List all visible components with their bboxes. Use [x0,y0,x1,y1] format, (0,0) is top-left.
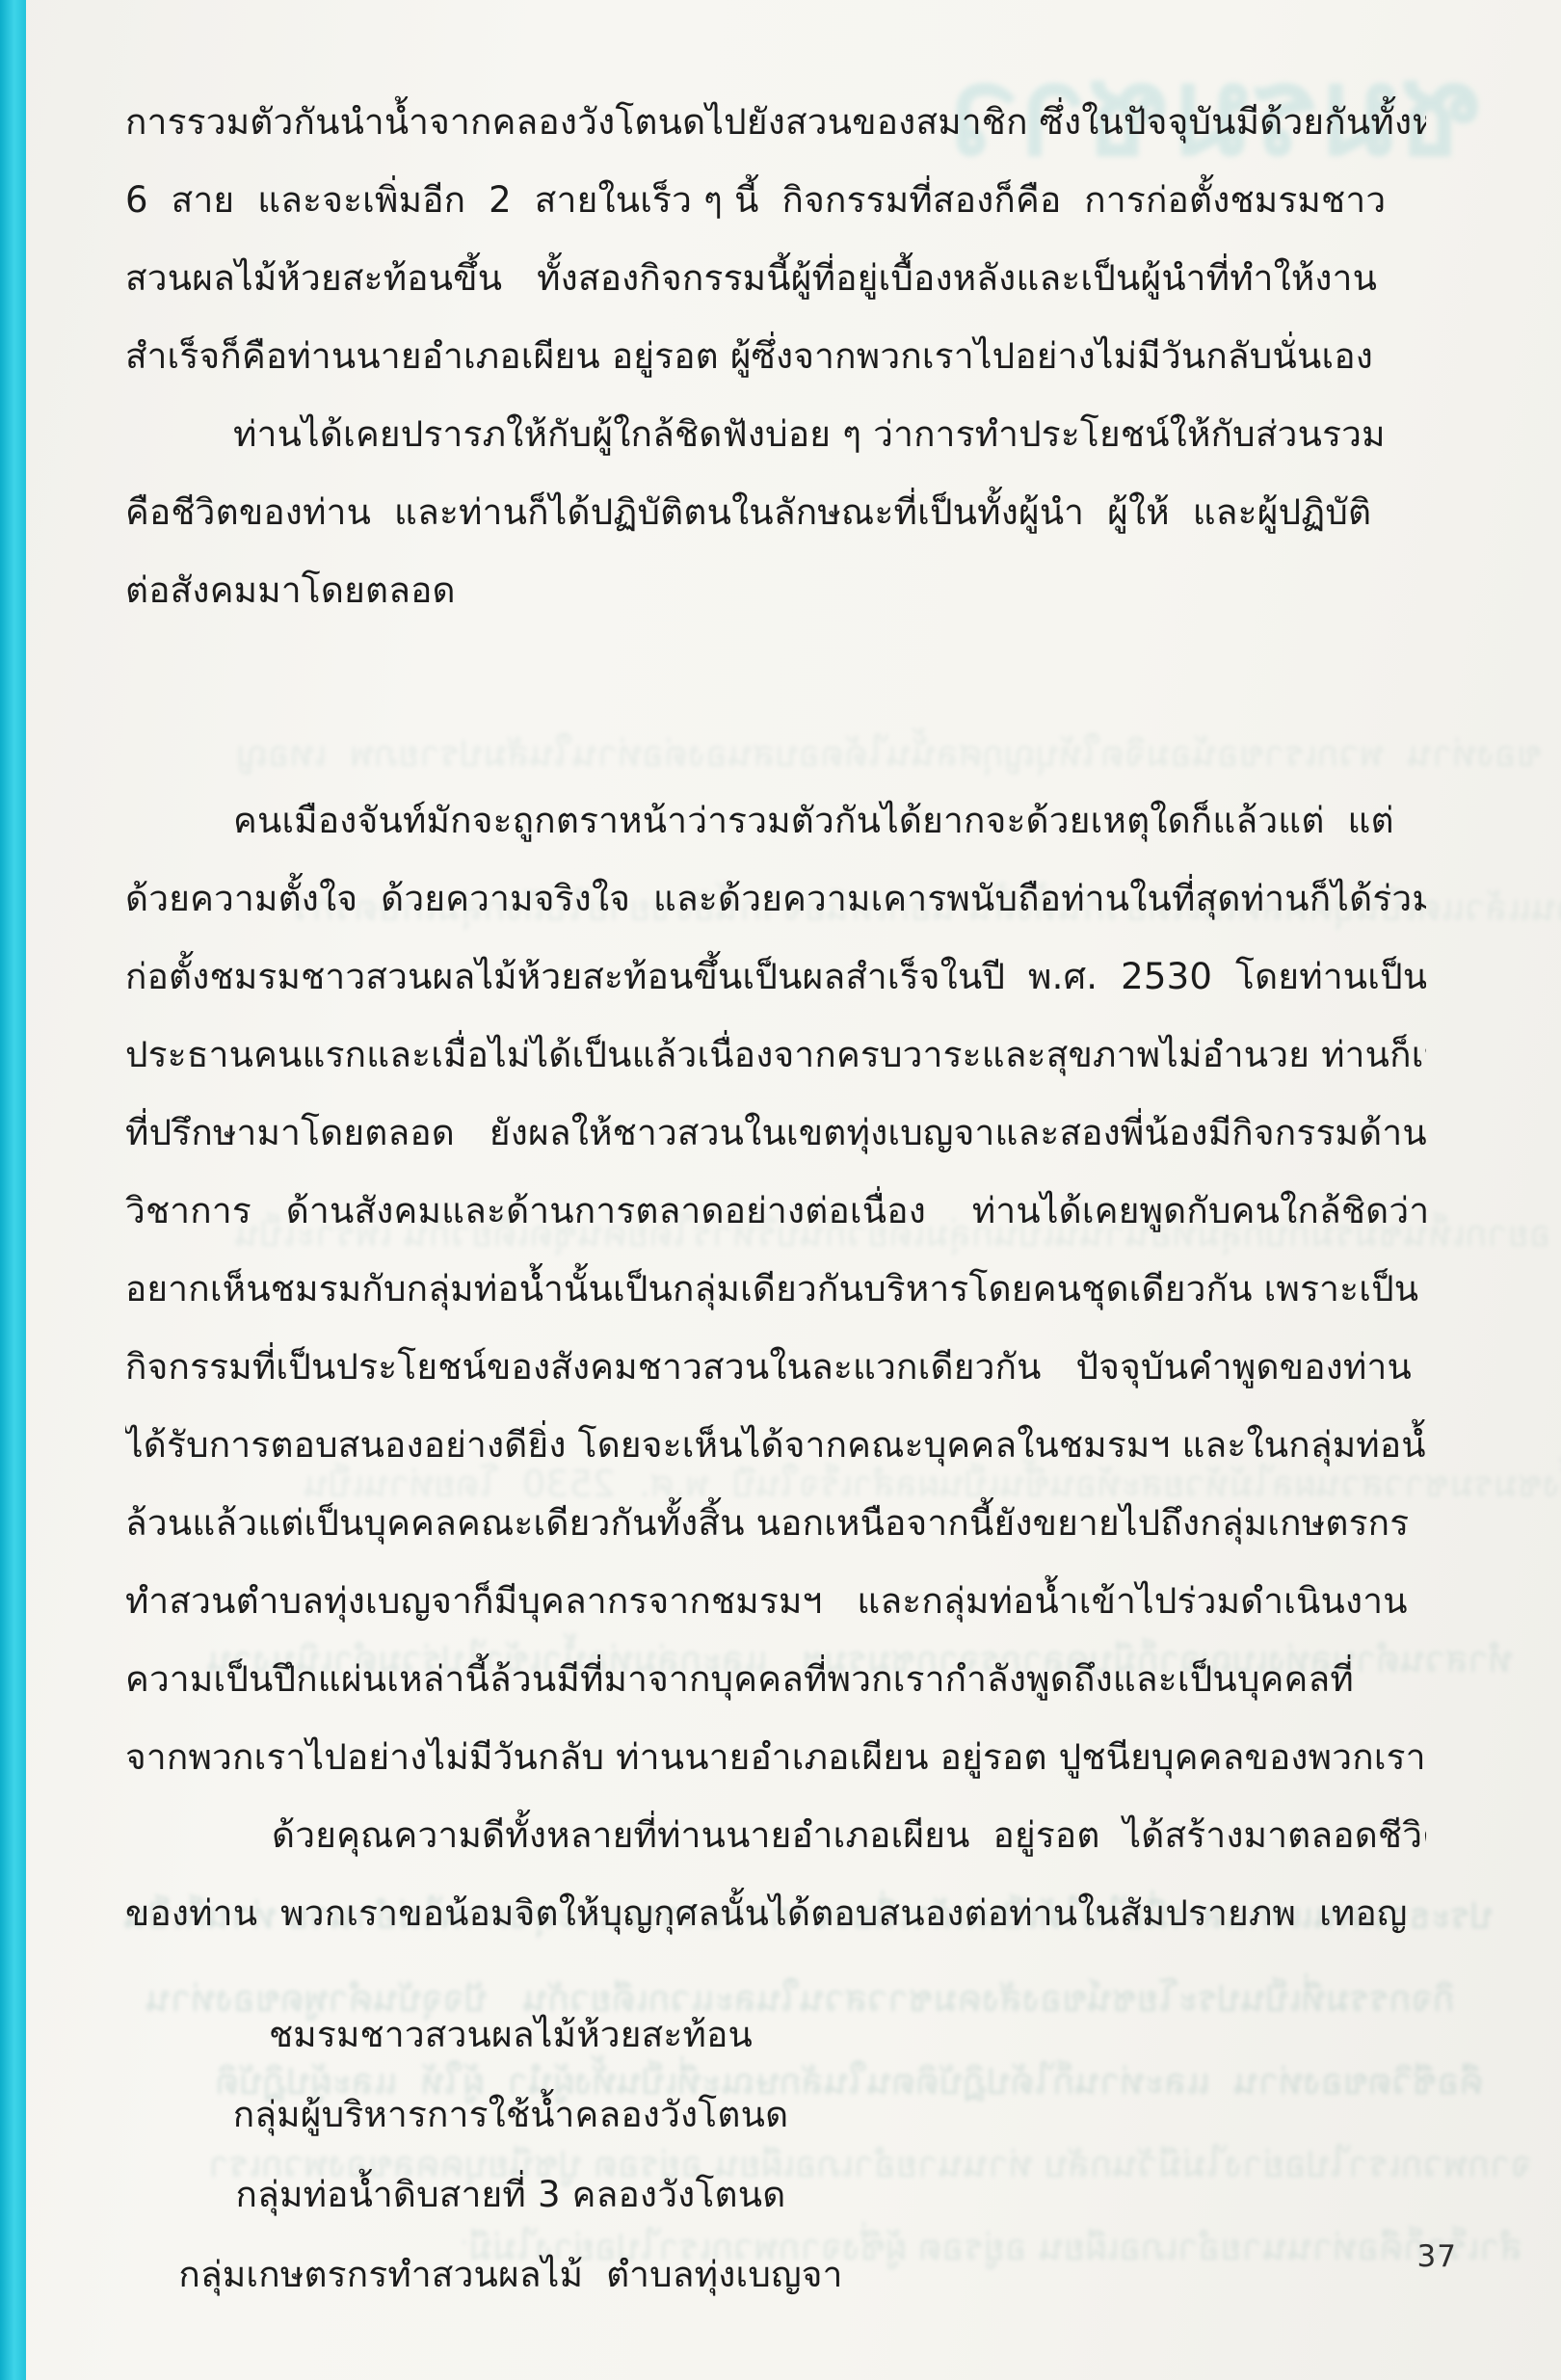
text-line: ที่ปรึกษามาโดยตลอด ยังผลให้ชาวสวนในเขตทุ… [125,1094,1426,1172]
text-line: ด้วยคุณความดีทั้งหลายที่ท่านนายอำเภอเผีย… [125,1796,1426,1874]
text-line: ท่านได้เคยปรารภให้กับผู้ใกล้ชิดฟังบ่อย ๆ… [125,395,1426,473]
text-line: จากพวกเราไปอย่างไม่มีวันกลับ ท่านนายอำเภ… [125,1718,1426,1796]
page-body: การรวมตัวกันนำน้ำจากคลองวังโตนดไปยังสวนข… [125,83,1426,2314]
text-line: ทำสวนตำบลทุ่งเบญจาก็มีบุคลากรจากชมรมฯ แล… [125,1562,1426,1640]
text-line: อยากเห็นชมรมกับกลุ่มท่อน้ำนั้นเป็นกลุ่มเ… [125,1250,1426,1328]
text-line: ประธานคนแรกและเมื่อไม่ได้เป็นแล้วเนื่องจ… [125,1016,1426,1094]
text-line: ด้วยความตั้งใจ ด้วยความจริงใจ และด้วยควา… [125,859,1426,938]
text-line: คนเมืองจันท์มักจะถูกตราหน้าว่ารวมตัวกันไ… [125,781,1426,859]
text-line: ต่อสังคมมาโดยตลอด [125,551,1426,629]
text-line: สำเร็จก็คือท่านนายอำเภอเผียน อยู่รอต ผู้… [125,317,1426,395]
page-number: 37 [1417,2239,1457,2274]
text-line: ของท่าน พวกเราขอน้อมจิตให้บุญกุศลนั้นได้… [125,1874,1426,1952]
text-line: สวนผลไม้ห้วยสะท้อนขึ้น ทั้งสองกิจกรรมนี้… [125,239,1426,317]
paragraph-1: การรวมตัวกันนำน้ำจากคลองวังโตนดไปยังสวนข… [125,83,1426,395]
closing-line: ชมรมชาวสวนผลไม้ห้วยสะท้อน [125,1995,896,2075]
text-line: ล้วนแล้วแต่เป็นบุคคลคณะเดียวกันทั้งสิ้น … [125,1484,1426,1562]
text-line: วิชาการ ด้านสังคมและด้านการตลาดอย่างต่อเ… [125,1172,1426,1250]
closing-line: กลุ่มผู้บริหารการใช้น้ำคลองวังโตนด [125,2075,896,2155]
paragraph-2: ท่านได้เคยปรารภให้กับผู้ใกล้ชิดฟังบ่อย ๆ… [125,395,1426,629]
closing-signature-block: ชมรมชาวสวนผลไม้ห้วยสะท้อน กลุ่มผู้บริหาร… [125,1995,896,2314]
text-line: 6 สาย และจะเพิ่มอีก 2 สายในเร็ว ๆ นี้ กิ… [125,161,1426,239]
text-line: ได้รับการตอบสนองอย่างดียิ่ง โดยจะเห็นได้… [125,1406,1426,1484]
text-line: การรวมตัวกันนำน้ำจากคลองวังโตนดไปยังสวนข… [125,83,1426,161]
text-line: ก่อตั้งชมรมชาวสวนผลไม้ห้วยสะท้อนขึ้นเป็น… [125,938,1426,1016]
paragraph-3: คนเมืองจันท์มักจะถูกตราหน้าว่ารวมตัวกันไ… [125,781,1426,1796]
closing-line: กลุ่มเกษตรกรทำสวนผลไม้ ตำบลทุ่งเบญจา [125,2235,896,2314]
closing-line: กลุ่มท่อน้ำดิบสายที่ 3 คลองวังโตนด [125,2155,896,2235]
text-line: คือชีวิตของท่าน และท่านก็ได้ปฏิบัติตนในล… [125,473,1426,551]
text-line: กิจกรรมที่เป็นประโยชน์ของสังคมชาวสวนในละ… [125,1328,1426,1406]
left-color-stripe [0,0,26,2380]
text-line: ความเป็นปึกแผ่นเหล่านี้ล้วนมีที่มาจากบุค… [125,1640,1426,1718]
scanned-book-page: ชมรมชาวสวนผลไม้ห้วยสะท้อน ของท่าน พวกเรา… [0,0,1561,2380]
paragraph-4: ด้วยคุณความดีทั้งหลายที่ท่านนายอำเภอเผีย… [125,1796,1426,1952]
